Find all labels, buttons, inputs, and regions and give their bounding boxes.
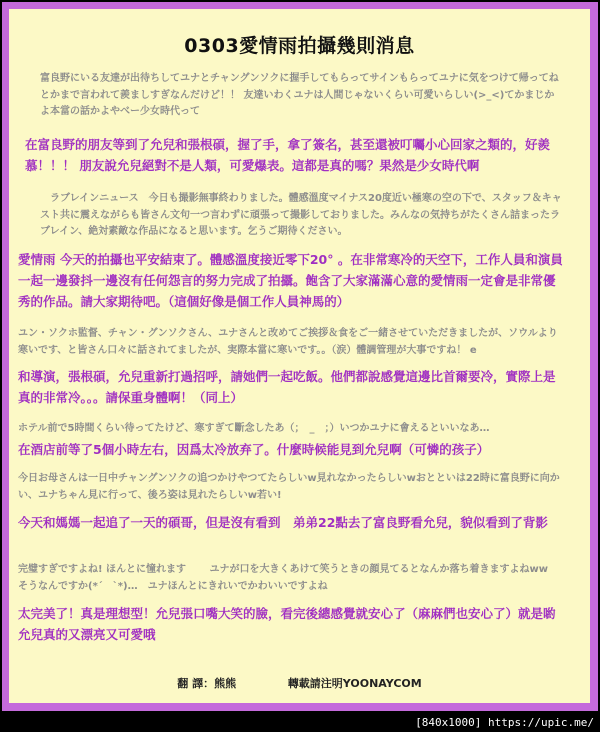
japanese-original: 今日お母さんは一日中チャングンソクの追つかけやつてたらしいw見れなかったらしいw… [18,471,564,504]
translator-credit: 翻 譯：熊熊 [177,677,236,690]
chinese-translation: 和導演，張根碩，允兒重新打過招呼，請她們一起吃飯。他們都說感覺這邊比首爾要冷，實… [18,366,564,408]
page-title: 0303愛情雨拍攝幾則消息 [9,31,590,58]
chinese-translation: 在酒店前等了5個小時左右，因爲太冷放弃了。什麼時候能見到允兒啊（可憐的孩子） [18,439,564,460]
article-page: 0303愛情雨拍攝幾則消息 富良野にいる友達が出待ちしてユナとチャングンソクに握… [9,9,590,703]
post-1: 富良野にいる友達が出待ちしてユナとチャングンソクに握手してもらってサインもらって… [40,71,564,121]
post-2-translation: 愛情雨 今天的拍攝也平安結束了。體感溫度接近零下20° 。在非常寒冷的天空下，工… [18,249,564,312]
image-host-watermark: [840x1000] https://upic.me/ [415,716,594,729]
chinese-translation: 愛情雨 今天的拍攝也平安結束了。體感溫度接近零下20° 。在非常寒冷的天空下，工… [18,249,564,312]
post-5: 今日お母さんは一日中チャングンソクの追つかけやつてたらしいw見れなかったらしいw… [18,471,564,504]
post-5-translation: 今天和媽媽一起追了一天的碩哥，但是沒有看到 弟弟22點去了富良野看允兒，貌似看到… [18,512,564,533]
post-3-translation: 和導演，張根碩，允兒重新打過招呼，請她們一起吃飯。他們都說感覺這邊比首爾要冷，實… [18,366,564,408]
japanese-original: ユン・ソクホ監督、チャン・グンソクさん、ユナさんと改めてご挨拶＆食をご一緒させて… [18,326,564,359]
japanese-original: 完璧すぎですよね! ほんとに憧れます ユナが口を大きくあけて笑うときの顔見てると… [18,562,564,595]
post-4: ホテル前で5時間くらい待ってたけど、寒すぎて斷念したあ（； _ ；）いつかユナに… [18,421,564,438]
post-4-translation: 在酒店前等了5個小時左右，因爲太冷放弃了。什麼時候能見到允兒啊（可憐的孩子） [18,439,564,460]
post-1-translation: 在富良野的朋友等到了允兒和張根碩，握了手，拿了簽名，甚至還被叮囑小心回家之類的，… [25,134,564,176]
repost-notice: 轉載請注明YOONAYCOM [288,677,422,690]
post-3: ユン・ソクホ監督、チャン・グンソクさん、ユナさんと改めてご挨拶＆食をご一緒させて… [18,326,564,359]
japanese-original: 富良野にいる友達が出待ちしてユナとチャングンソクに握手してもらってサインもらって… [40,71,564,121]
page-frame: 0303愛情雨拍攝幾則消息 富良野にいる友達が出待ちしてユナとチャングンソクに握… [2,2,598,711]
japanese-original: ラブレインニュース 今日も撮影無事終わりました。體感溫度マイナス20度近い極寒の… [40,191,564,241]
post-2: ラブレインニュース 今日も撮影無事終わりました。體感溫度マイナス20度近い極寒の… [40,191,564,241]
post-6: 完璧すぎですよね! ほんとに憧れます ユナが口を大きくあけて笑うときの顔見てると… [18,562,564,595]
chinese-translation: 在富良野的朋友等到了允兒和張根碩，握了手，拿了簽名，甚至還被叮囑小心回家之類的，… [25,134,564,176]
chinese-translation: 太完美了！真是理想型！允兒張口嘴大笑的臉，看完後總感覺就安心了（麻麻們也安心了）… [18,603,564,645]
chinese-translation: 今天和媽媽一起追了一天的碩哥，但是沒有看到 弟弟22點去了富良野看允兒，貌似看到… [18,512,564,533]
credits-footer: 翻 譯：熊熊 轉載請注明YOONAYCOM [9,675,590,691]
post-6-translation: 太完美了！真是理想型！允兒張口嘴大笑的臉，看完後總感覺就安心了（麻麻們也安心了）… [18,603,564,645]
japanese-original: ホテル前で5時間くらい待ってたけど、寒すぎて斷念したあ（； _ ；）いつかユナに… [18,421,564,438]
